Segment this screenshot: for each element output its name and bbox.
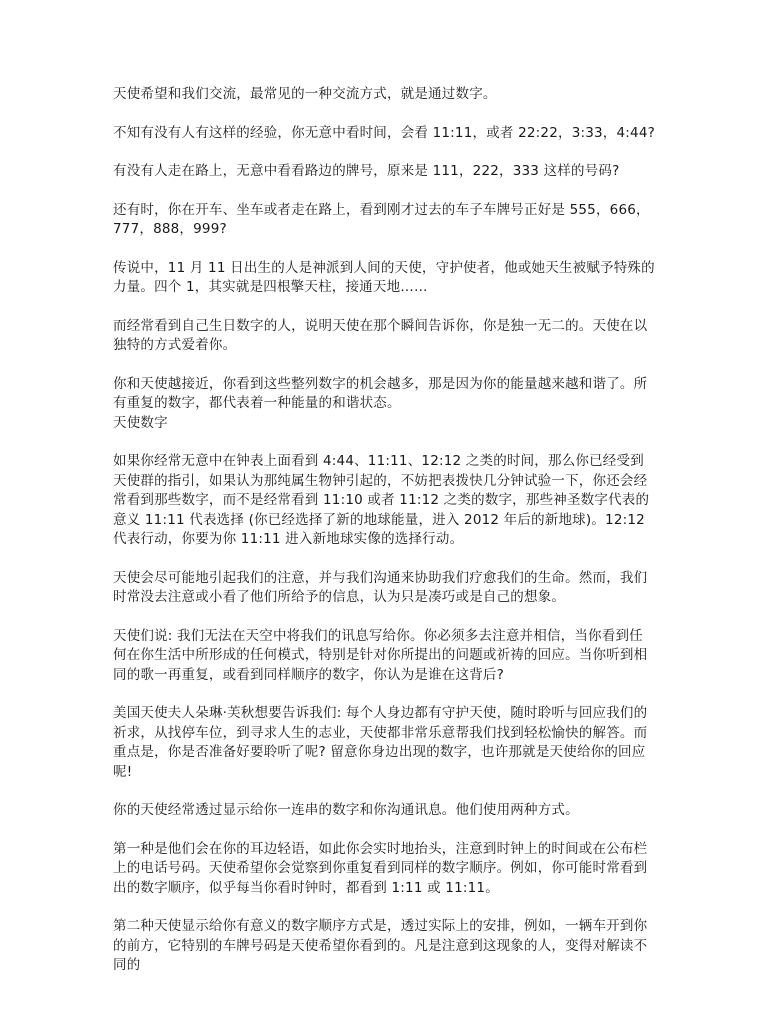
paragraph: 天使希望和我们交流，最常见的一种交流方式，就是通过数字。 bbox=[113, 85, 656, 105]
document-page: 天使希望和我们交流，最常见的一种交流方式，就是通过数字。不知有没有人有这样的经验… bbox=[0, 0, 768, 1024]
document-body: 天使希望和我们交流，最常见的一种交流方式，就是通过数字。不知有没有人有这样的经验… bbox=[113, 85, 656, 995]
paragraph: 天使会尽可能地引起我们的注意，并与我们沟通来协助我们疗愈我们的生命。然而，我们时… bbox=[113, 569, 656, 608]
paragraph: 第一种是他们会在你的耳边轻语，如此你会实时地抬头，注意到时钟上的时间或在公布栏上… bbox=[113, 840, 656, 899]
paragraph: 美国天使夫人朵琳·芙秋想要告诉我们: 每个人身边都有守护天使，随时聆听与回应我们… bbox=[113, 704, 656, 782]
paragraph: 传说中，11 月 11 日出生的人是神派到人间的天使，守护使者，他或她天生被赋予… bbox=[113, 259, 656, 298]
paragraph: 不知有没有人有这样的经验，你无意中看时间，会看 11:11，或者 22:22，3… bbox=[113, 124, 656, 144]
paragraph: 还有时，你在开车、坐车或者走在路上，看到刚才过去的车子车牌号正好是 555，66… bbox=[113, 201, 656, 240]
paragraph: 第二种天使显示给你有意义的数字顺序方式是，透过实际上的安排，例如，一辆车开到你的… bbox=[113, 917, 656, 976]
paragraph: 天使们说: 我们无法在天空中将我们的讯息写给你。你必须多去注意并相信，当你看到任… bbox=[113, 627, 656, 686]
paragraph: 你和天使越接近，你看到这些整列数字的机会越多，那是因为你的能量越来越和谐了。所有… bbox=[113, 375, 656, 414]
section-heading: 天使数字 bbox=[113, 414, 656, 434]
paragraph: 有没有人走在路上，无意中看看路边的牌号，原来是 111，222，333 这样的号… bbox=[113, 162, 656, 182]
paragraph: 你的天使经常透过显示给你一连串的数字和你沟通讯息。他们使用两种方式。 bbox=[113, 801, 656, 821]
paragraph: 而经常看到自己生日数字的人，说明天使在那个瞬间告诉你，你是独一无二的。天使在以独… bbox=[113, 317, 656, 356]
paragraph: 如果你经常无意中在钟表上面看到 4:44、11:11、12:12 之类的时间，那… bbox=[113, 452, 656, 550]
